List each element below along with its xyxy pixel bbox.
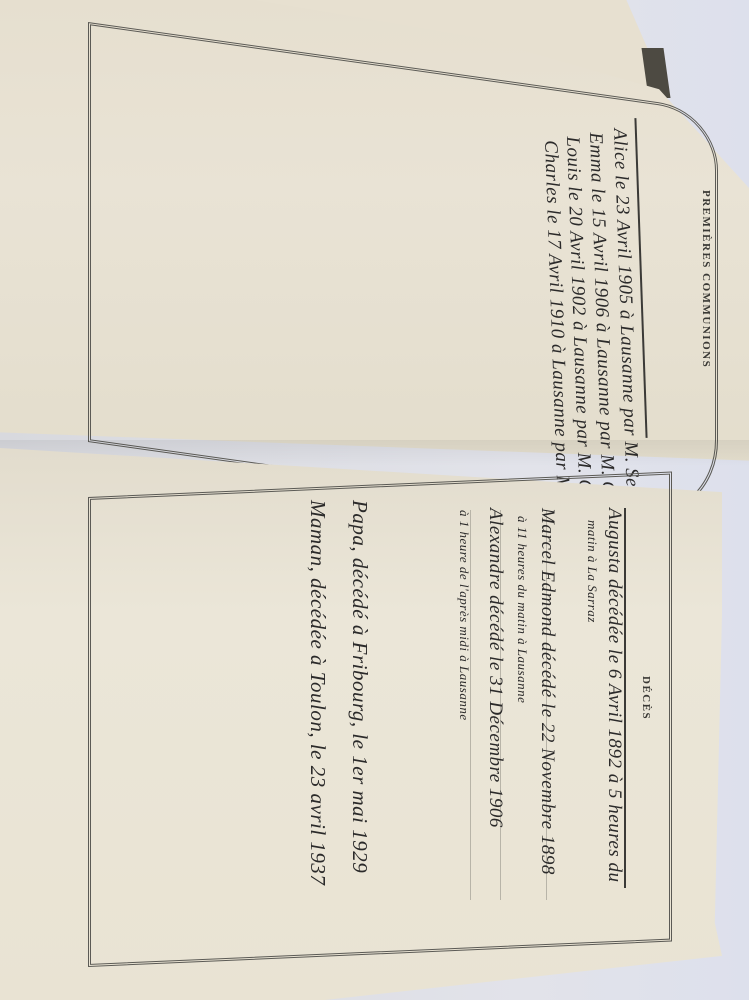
deces-entry-3-line1: Alexandre décédé le 31 Décembre 1906 [484, 508, 506, 828]
heading-deces: DÉCÈS [640, 676, 652, 720]
deces-entry-3-line2: à 1 heure de l'après midi à Lausanne [456, 510, 472, 721]
deces-entry-1-line2: matin à La Sarraz [584, 520, 600, 623]
deces-entry-1-line1: Augusta décédée le 6 Avril 1892 à 5 heur… [603, 508, 625, 882]
deces-entry-2-line2: à 11 heures du matin à Lausanne [514, 516, 530, 703]
deces-entry-4: Papa, décédé à Fribourg, le 1er mai 1929 [347, 500, 372, 873]
deces-entry-5: Maman, décédée à Toulon, le 23 avril 193… [305, 500, 330, 885]
heading-premieres-communions: PREMIÈRES COMMUNIONS [700, 190, 712, 368]
deces-entry-2-line1: Marcel Edmond décédé le 22 Novembre 1898 [536, 508, 558, 875]
